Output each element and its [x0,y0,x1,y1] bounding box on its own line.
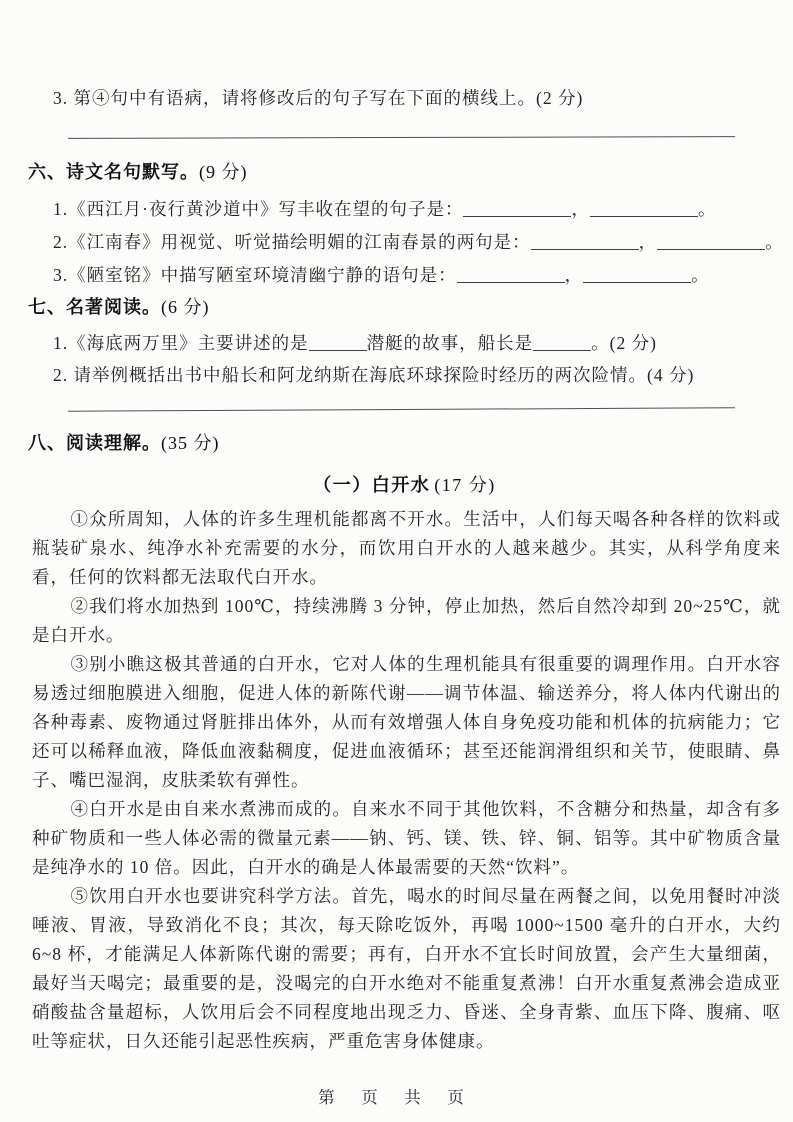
section-7-item-1: 1.《海底两万里》主要讲述的是潜艇的故事，船长是。(2 分) [53,331,781,355]
fill-in-blank [657,234,765,250]
section-7-item-2: 2. 请举例概括出书中船长和阿龙纳斯在海底环球探险时经历的两次险情。(4 分) [53,363,781,387]
fill-in-blank [457,267,565,283]
fill-in-blank [463,201,571,217]
item-text: 1.《海底两万里》主要讲述的是 [53,333,309,353]
passage-title: （一）白开水(17 分) [28,473,781,497]
item-separator: ， [639,232,658,252]
section-8-title: 八、阅读理解。 [28,433,161,453]
reading-passage: ①众所周知，人体的许多生理机能都离不开水。生活中，人们每天喝各种各样的饮料或瓶装… [28,505,781,1056]
section-6-title: 六、诗文名句默写。 [28,162,199,182]
fill-in-blank [583,267,691,283]
item-text: 3.《陋室铭》中描写陋室环境清幽宁静的语句是： [53,265,457,285]
page-footer: 第 页 共 页 [0,1084,793,1108]
fill-in-blank [309,335,367,351]
section-7-heading: 七、名著阅读。(6 分) [28,294,781,320]
item-text: 2.《江南春》用视觉、听觉描绘明媚的江南春景的两句是： [53,232,531,252]
item-text: 2. 请举例概括出书中船长和阿龙纳斯在海底环球探险时经历的两次险情。(4 分) [53,365,694,385]
fill-in-blank [531,234,639,250]
item-text: 潜艇的故事，船长是 [367,333,534,353]
passage-paragraph-5: ⑤饮用白开水也要讲究科学方法。首先，喝水的时间尽量在两餐之间，以免用餐时冲淡唾液… [32,882,781,1056]
item-separator: ， [565,265,584,285]
item-separator: ， [571,199,590,219]
item-end: 。 [698,199,717,219]
passage-paragraph-4: ④白开水是由自来水煮沸而成的。自来水不同于其他饮料，不含糖分和热量，却含有多种矿… [32,795,781,882]
section-7-title: 七、名著阅读。 [28,297,161,317]
section-6-item-2: 2.《江南春》用视觉、听觉描绘明媚的江南春景的两句是：，。 [53,230,781,254]
passage-paragraph-2: ②我们将水加热到 100℃，持续沸腾 3 分钟，停止加热，然后自然冷却到 20~… [32,592,781,650]
fill-in-blank [533,335,591,351]
item-end: 。 [691,265,710,285]
item-end: 。(2 分) [591,333,657,353]
answer-line [68,407,735,411]
section-8-heading: 八、阅读理解。(35 分) [28,430,781,456]
item-end: 。 [765,232,784,252]
answer-line [68,136,735,139]
section-8-score: (35 分) [161,433,220,453]
exam-paper-page: 3. 第④句中有语病，请将修改后的句子写在下面的横线上。(2 分) 六、诗文名句… [0,0,793,1122]
passage-paragraph-3: ③别小瞧这极其普通的白开水，它对人体的生理机能具有很重要的调理作用。白开水容易透… [32,650,781,795]
question-3: 3. 第④句中有语病，请将修改后的句子写在下面的横线上。(2 分) [53,86,781,110]
question-3-text: 3. 第④句中有语病，请将修改后的句子写在下面的横线上。(2 分) [53,88,583,108]
section-6-heading: 六、诗文名句默写。(9 分) [28,159,781,185]
passage-title-main: （一）白开水 [313,475,430,495]
passage-title-score: (17 分) [434,475,496,495]
fill-in-blank [590,201,698,217]
passage-paragraph-1: ①众所周知，人体的许多生理机能都离不开水。生活中，人们每天喝各种各样的饮料或瓶装… [32,505,781,592]
section-7-score: (6 分) [161,297,210,317]
section-6-item-1: 1.《西江月·夜行黄沙道中》写丰收在望的句子是：，。 [53,197,781,221]
section-6-score: (9 分) [199,162,248,182]
item-text: 1.《西江月·夜行黄沙道中》写丰收在望的句子是： [53,199,463,219]
section-6-item-3: 3.《陋室铭》中描写陋室环境清幽宁静的语句是：，。 [53,263,781,287]
